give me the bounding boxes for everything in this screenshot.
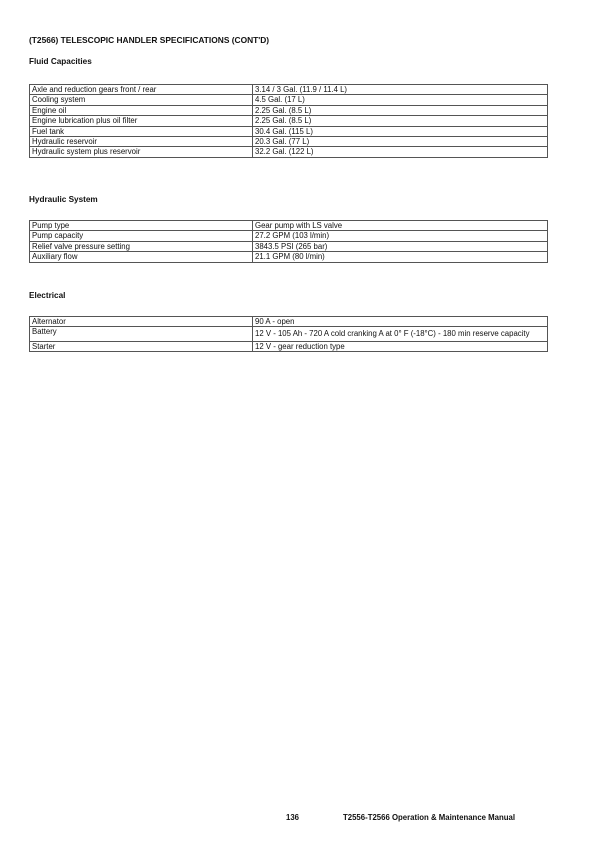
table-row: Hydraulic system plus reservoir32.2 Gal.… [30, 147, 548, 157]
manual-title: T2556-T2566 Operation & Maintenance Manu… [343, 813, 515, 822]
row-label: Hydraulic reservoir [30, 137, 253, 147]
row-label: Axle and reduction gears front / rear [30, 85, 253, 95]
table-row: Alternator90 A - open [30, 317, 548, 327]
table-row: Starter12 V - gear reduction type [30, 341, 548, 351]
row-label: Battery [30, 327, 253, 342]
table-row: Pump typeGear pump with LS valve [30, 221, 548, 231]
row-value: Gear pump with LS valve [253, 221, 548, 231]
table-row: Battery12 V - 105 Ah - 720 A cold cranki… [30, 327, 548, 342]
table-row: Engine oil2.25 Gal. (8.5 L) [30, 105, 548, 115]
row-value: 2.25 Gal. (8.5 L) [253, 105, 548, 115]
row-value: 21.1 GPM (80 l/min) [253, 252, 548, 262]
row-value: 30.4 Gal. (115 L) [253, 126, 548, 136]
fluid-capacities-table: Axle and reduction gears front / rear3.1… [29, 84, 548, 158]
row-value: 2.25 Gal. (8.5 L) [253, 116, 548, 126]
table-row: Fuel tank30.4 Gal. (115 L) [30, 126, 548, 136]
row-value: 4.5 Gal. (17 L) [253, 95, 548, 105]
table-row: Axle and reduction gears front / rear3.1… [30, 85, 548, 95]
section-title-fluid: Fluid Capacities [29, 57, 92, 66]
hydraulic-system-table: Pump typeGear pump with LS valve Pump ca… [29, 220, 548, 263]
table-row: Engine lubrication plus oil filter2.25 G… [30, 116, 548, 126]
row-label: Engine lubrication plus oil filter [30, 116, 253, 126]
row-label: Starter [30, 341, 253, 351]
row-label: Alternator [30, 317, 253, 327]
table-row: Hydraulic reservoir20.3 Gal. (77 L) [30, 137, 548, 147]
row-label: Pump capacity [30, 231, 253, 241]
table-row: Auxiliary flow21.1 GPM (80 l/min) [30, 252, 548, 262]
row-value: 12 V - 105 Ah - 720 A cold cranking A at… [253, 327, 548, 342]
table-row: Relief valve pressure setting3843.5 PSI … [30, 241, 548, 251]
row-label: Hydraulic system plus reservoir [30, 147, 253, 157]
row-value: 27.2 GPM (103 l/min) [253, 231, 548, 241]
row-value: 3843.5 PSI (265 bar) [253, 241, 548, 251]
row-value: 20.3 Gal. (77 L) [253, 137, 548, 147]
row-value: 90 A - open [253, 317, 548, 327]
row-label: Fuel tank [30, 126, 253, 136]
row-label: Pump type [30, 221, 253, 231]
row-label: Engine oil [30, 105, 253, 115]
page-title: (T2566) TELESCOPIC HANDLER SPECIFICATION… [29, 35, 269, 45]
table-row: Pump capacity27.2 GPM (103 l/min) [30, 231, 548, 241]
row-value: 3.14 / 3 Gal. (11.9 / 11.4 L) [253, 85, 548, 95]
row-label: Relief valve pressure setting [30, 241, 253, 251]
row-label: Auxiliary flow [30, 252, 253, 262]
row-value: 12 V - gear reduction type [253, 341, 548, 351]
table-row: Cooling system4.5 Gal. (17 L) [30, 95, 548, 105]
page-number: 136 [286, 813, 299, 822]
electrical-table: Alternator90 A - open Battery12 V - 105 … [29, 316, 548, 352]
row-label: Cooling system [30, 95, 253, 105]
section-title-hydraulic: Hydraulic System [29, 195, 98, 204]
section-title-electrical: Electrical [29, 291, 65, 300]
row-value: 32.2 Gal. (122 L) [253, 147, 548, 157]
